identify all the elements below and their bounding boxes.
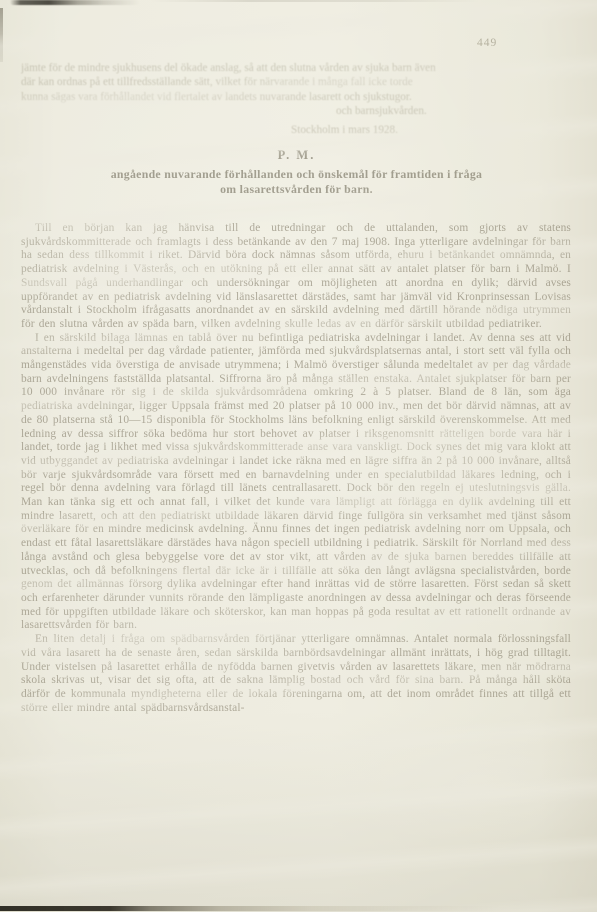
memo-title-line2: om lasarettsvården för barn. bbox=[21, 182, 572, 197]
faded-text-line: där kan ordnas på ett tillfredsställande… bbox=[21, 75, 572, 89]
paragraph: En liten detalj i fråga om spädbarnsvård… bbox=[21, 633, 571, 715]
scan-artifact-left-edge-mark bbox=[0, 8, 3, 62]
previous-section-lines: jämte för de mindre sjukhusens del ökade… bbox=[21, 61, 572, 104]
body-text: Till en början kan jag hänvisa till de u… bbox=[21, 222, 571, 715]
previous-section-end: jämte för de mindre sjukhusens del ökade… bbox=[21, 61, 572, 137]
paragraph: Till en början kan jag hänvisa till de u… bbox=[21, 222, 571, 332]
previous-section-closing: och barnsjukvården. bbox=[21, 104, 572, 118]
memo-title: angående nuvarande förhållanden och önsk… bbox=[21, 167, 572, 196]
scanned-document-page: 449 jämte för de mindre sjukhusens del ö… bbox=[0, 0, 597, 912]
page-number: 449 bbox=[477, 37, 497, 49]
memo-heading-kicker: P. M. bbox=[21, 148, 572, 163]
scan-artifact-top-edge-line bbox=[150, 0, 480, 2]
memo-title-line1: angående nuvarande förhållanden och önsk… bbox=[21, 167, 572, 182]
faded-text-line: kunna sägas vara förhållandet vid flerta… bbox=[21, 90, 572, 104]
scan-artifact-bottom-strip bbox=[0, 906, 500, 911]
faded-text-line: jämte för de mindre sjukhusens del ökade… bbox=[21, 61, 572, 75]
paragraph: I en särskild bilaga lämnas en tablå öve… bbox=[21, 332, 571, 633]
scan-artifact-top-smudge bbox=[10, 0, 140, 5]
previous-section-signature: Stockholm i mars 1928. bbox=[291, 123, 572, 137]
